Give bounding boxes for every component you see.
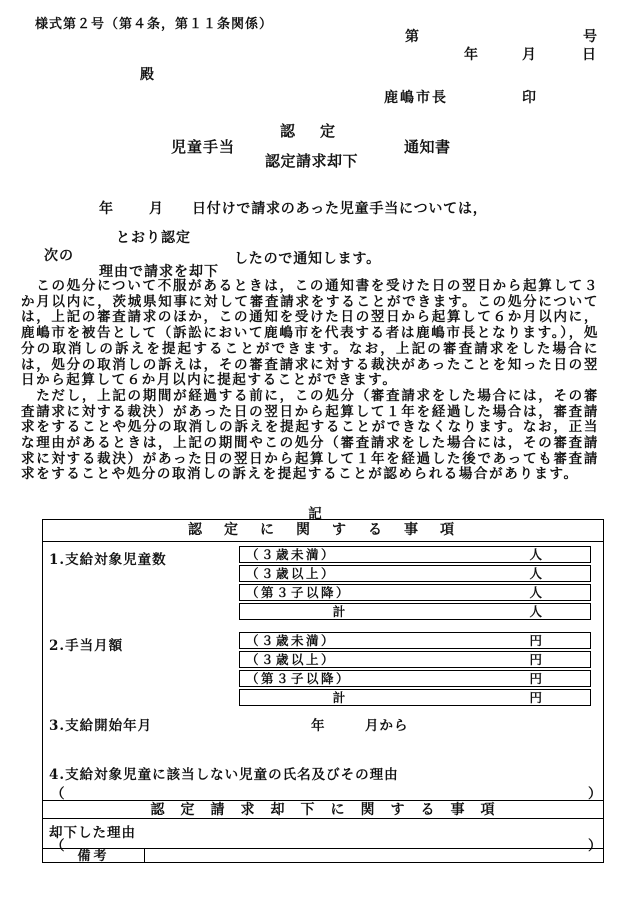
row2-item-third-child-label: （第３子以降） <box>246 671 351 686</box>
row2-item-total: 計 円 <box>239 689 591 706</box>
appeal-instructions: この処分について不服があるときは，この通知書を受けた日の翌日から起算して３か月以… <box>21 279 599 483</box>
row3-month-from-label: 月から <box>365 714 409 734</box>
row3-label: 3.支給開始年月 <box>49 714 152 734</box>
doc-number-prefix: 第 <box>405 26 419 46</box>
row2-item-under3-unit: 円 <box>529 633 542 648</box>
row2-item-total-unit: 円 <box>529 690 542 705</box>
notice-year-label: 年 <box>99 198 113 218</box>
row2-item-under3: （３歳未満） 円 <box>239 632 591 649</box>
row1-item-total-unit: 人 <box>529 604 542 619</box>
row1-item-third-child-label: （第３子以降） <box>246 585 351 600</box>
row2-label: 2.手当月額 <box>49 634 123 654</box>
remarks-label-cell: 備考 <box>43 849 145 862</box>
row1-item-under3: （３歳未満） 人 <box>239 546 591 563</box>
row2-item-over3-unit: 円 <box>529 652 542 667</box>
row4-paren-open: （ <box>51 782 65 802</box>
row2-item-over3: （３歳以上） 円 <box>239 651 591 668</box>
document-page: 様式第２号（第４条，第１１条関係） 第 号 年 月 日 殿 鹿嶋市長 印 児童手… <box>0 0 630 903</box>
row1-item-total-label: 計 <box>240 604 440 619</box>
row4-paren-close: ） <box>588 782 602 802</box>
addressee-suffix: 殿 <box>140 64 154 84</box>
row1-item-over3: （３歳以上） 人 <box>239 565 591 582</box>
row2-item-under3-label: （３歳未満） <box>246 633 336 648</box>
remarks-row: 備考 <box>43 848 603 862</box>
row2-item-over3-label: （３歳以上） <box>246 652 336 667</box>
date-day-label: 日 <box>582 44 596 64</box>
form-number-label: 様式第２号（第４条，第１１条関係） <box>35 13 273 32</box>
title-option-approval: 認 定 <box>280 120 340 141</box>
row1-item-total: 計 人 <box>239 603 591 620</box>
row2-item-total-label: 計 <box>240 690 440 705</box>
row3-year-label: 年 <box>311 714 326 734</box>
doc-number-suffix: 号 <box>583 26 597 46</box>
approval-table: 認 定 に 関 す る 事 項 1.支給対象児童数 （３歳未満） 人 （３歳以上… <box>42 519 604 863</box>
issuer-name: 鹿嶋市長 <box>384 87 448 107</box>
title-left: 児童手当 <box>171 136 235 157</box>
title-option-rejection: 認定請求却下 <box>265 150 358 171</box>
seal-mark: 印 <box>522 87 536 107</box>
date-month-label: 月 <box>522 44 536 64</box>
row1-item-under3-label: （３歳未満） <box>246 547 336 562</box>
notice-after-date: 日付けで請求のあった児童手当については， <box>192 198 488 218</box>
section2-header: 認 定 請 求 却 下 に 関 す る 事 項 <box>43 800 603 819</box>
row2-item-third-child-unit: 円 <box>529 671 542 686</box>
notice-tail: したので通知します。 <box>234 248 381 268</box>
notice-option-approved: とおり認定 <box>116 227 191 247</box>
section1-header: 認 定 に 関 す る 事 項 <box>43 520 603 542</box>
row1-item-over3-unit: 人 <box>529 566 542 581</box>
notice-lead: 次の <box>44 245 74 265</box>
appeal-paragraph-1: この処分について不服があるときは，この通知書を受けた日の翌日から起算して３か月以… <box>21 279 599 389</box>
title-right: 通知書 <box>404 136 451 157</box>
row1-item-over3-label: （３歳以上） <box>246 566 336 581</box>
row4-label: 4.支給対象児童に該当しない児童の氏名及びその理由 <box>49 763 399 783</box>
row1-item-third-child: （第３子以降） 人 <box>239 584 591 601</box>
notice-month-label: 月 <box>149 198 163 218</box>
row1-item-under3-unit: 人 <box>529 547 542 562</box>
row1-item-third-child-unit: 人 <box>529 585 542 600</box>
date-year-label: 年 <box>464 44 478 64</box>
row2-item-third-child: （第３子以降） 円 <box>239 670 591 687</box>
appeal-paragraph-2: ただし，上記の期間が経過する前に，この処分（審査請求をした場合には，その審査請求… <box>21 389 599 483</box>
row1-label: 1.支給対象児童数 <box>49 548 167 568</box>
